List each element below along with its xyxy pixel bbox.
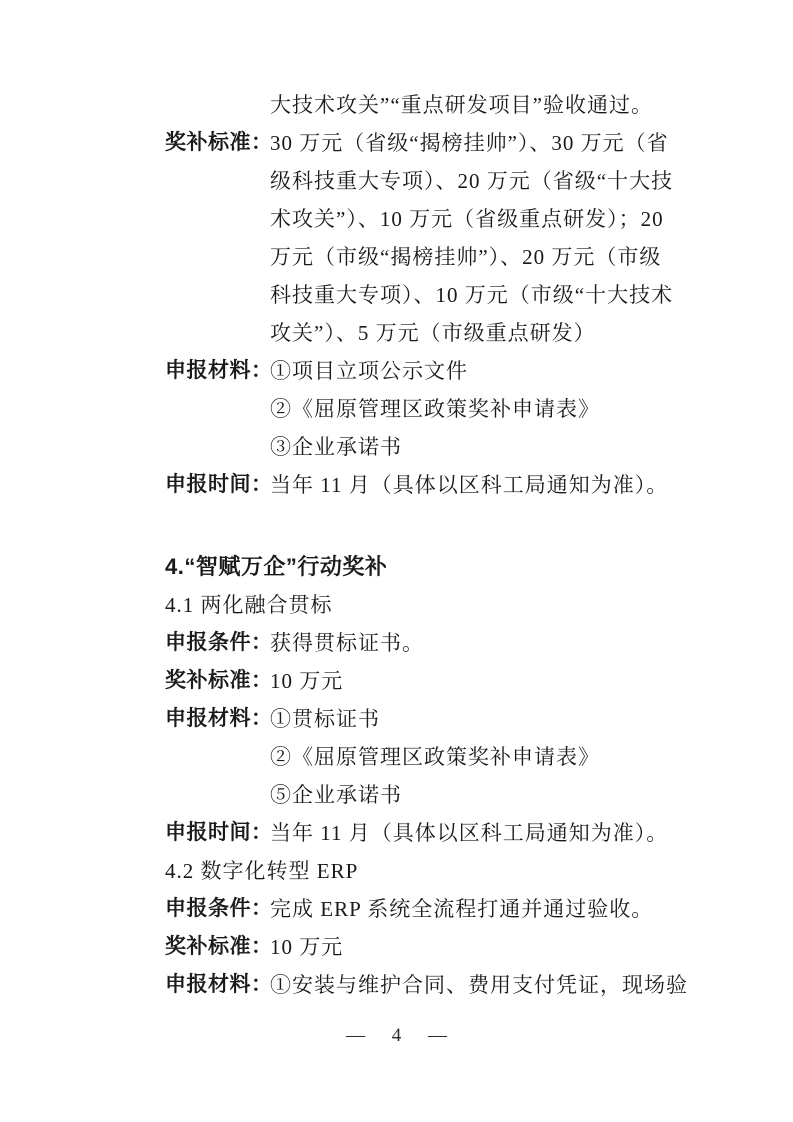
- field-label: 申报条件：: [165, 624, 270, 662]
- text-line: 10 万元: [270, 928, 725, 966]
- field-label: 申报材料：: [165, 352, 270, 390]
- subsection-heading: 4.2 数字化转型 ERP: [165, 852, 725, 890]
- field-content: 当年 11 月（具体以区科工局通知为准）。: [270, 466, 725, 504]
- text-line: ①项目立项公示文件: [270, 352, 725, 390]
- text-line: 攻关”）、5 万元（市级重点研发）: [270, 314, 725, 352]
- section-heading: 4.“智赋万企”行动奖补: [165, 548, 725, 586]
- field-content: 10 万元: [270, 662, 725, 700]
- text-line: 当年 11 月（具体以区科工局通知为准）。: [270, 814, 725, 852]
- text-line: 30 万元（省级“揭榜挂帅”）、30 万元（省: [270, 124, 725, 162]
- field-content: 当年 11 月（具体以区科工局通知为准）。: [270, 814, 725, 852]
- text-line: 获得贯标证书。: [270, 624, 725, 662]
- field-content: 10 万元: [270, 928, 725, 966]
- field-label: 奖补标准：: [165, 662, 270, 700]
- text-line: ②《屈原管理区政策奖补申请表》: [270, 390, 725, 428]
- field-row: 申报材料：①贯标证书②《屈原管理区政策奖补申请表》⑤企业承诺书: [165, 700, 725, 814]
- field-content: 获得贯标证书。: [270, 624, 725, 662]
- field-label: 申报条件：: [165, 890, 270, 928]
- text-line: ③企业承诺书: [270, 428, 725, 466]
- field-content: 完成 ERP 系统全流程打通并通过验收。: [270, 890, 725, 928]
- field-content: ①项目立项公示文件②《屈原管理区政策奖补申请表》③企业承诺书: [270, 352, 725, 466]
- field-content: 30 万元（省级“揭榜挂帅”）、30 万元（省级科技重大专项）、20 万元（省级…: [270, 124, 725, 352]
- text-line: 科技重大专项）、10 万元（市级“十大技术: [270, 276, 725, 314]
- page-number: 4: [392, 1022, 402, 1050]
- field-label: 申报材料：: [165, 966, 270, 1004]
- field-content: ①贯标证书②《屈原管理区政策奖补申请表》⑤企业承诺书: [270, 700, 725, 814]
- document-page: 大技术攻关”“重点研发项目”验收通过。奖补标准：30 万元（省级“揭榜挂帅”）、…: [0, 0, 793, 1122]
- document-body: 大技术攻关”“重点研发项目”验收通过。奖补标准：30 万元（省级“揭榜挂帅”）、…: [165, 86, 725, 1004]
- text-line: 当年 11 月（具体以区科工局通知为准）。: [270, 466, 725, 504]
- field-row: 申报材料：①安装与维护合同、费用支付凭证，现场验: [165, 966, 725, 1004]
- text-line: 万元（市级“揭榜挂帅”）、20 万元（市级: [270, 238, 725, 276]
- field-label: 申报材料：: [165, 700, 270, 738]
- field-content: 大技术攻关”“重点研发项目”验收通过。: [270, 86, 725, 124]
- field-label: 奖补标准：: [165, 928, 270, 966]
- field-row: 申报时间：当年 11 月（具体以区科工局通知为准）。: [165, 466, 725, 504]
- footer-dash-right: —: [428, 1022, 447, 1050]
- footer-dash-left: —: [346, 1022, 365, 1050]
- subsection-heading: 4.1 两化融合贯标: [165, 586, 725, 624]
- field-row: 奖补标准：10 万元: [165, 928, 725, 966]
- field-row: 申报条件：完成 ERP 系统全流程打通并通过验收。: [165, 890, 725, 928]
- field-label: 申报时间：: [165, 466, 270, 504]
- text-line: 级科技重大专项）、20 万元（省级“十大技: [270, 162, 725, 200]
- text-line: 大技术攻关”“重点研发项目”验收通过。: [270, 86, 725, 124]
- text-line: ①贯标证书: [270, 700, 725, 738]
- continuation-row: 大技术攻关”“重点研发项目”验收通过。: [165, 86, 725, 124]
- field-row: 奖补标准：30 万元（省级“揭榜挂帅”）、30 万元（省级科技重大专项）、20 …: [165, 124, 725, 352]
- text-line: 10 万元: [270, 662, 725, 700]
- field-content: ①安装与维护合同、费用支付凭证，现场验: [270, 966, 725, 1004]
- field-label: 申报时间：: [165, 814, 270, 852]
- field-row: 申报材料：①项目立项公示文件②《屈原管理区政策奖补申请表》③企业承诺书: [165, 352, 725, 466]
- text-line: ②《屈原管理区政策奖补申请表》: [270, 738, 725, 776]
- field-row: 申报时间：当年 11 月（具体以区科工局通知为准）。: [165, 814, 725, 852]
- text-line: 完成 ERP 系统全流程打通并通过验收。: [270, 890, 725, 928]
- page-footer: — 4 —: [0, 1022, 793, 1050]
- text-line: ①安装与维护合同、费用支付凭证，现场验: [270, 966, 725, 1004]
- field-row: 申报条件：获得贯标证书。: [165, 624, 725, 662]
- text-line: ⑤企业承诺书: [270, 776, 725, 814]
- field-row: 奖补标准：10 万元: [165, 662, 725, 700]
- text-line: 术攻关”）、10 万元（省级重点研发）；20: [270, 200, 725, 238]
- field-label: 奖补标准：: [165, 124, 270, 162]
